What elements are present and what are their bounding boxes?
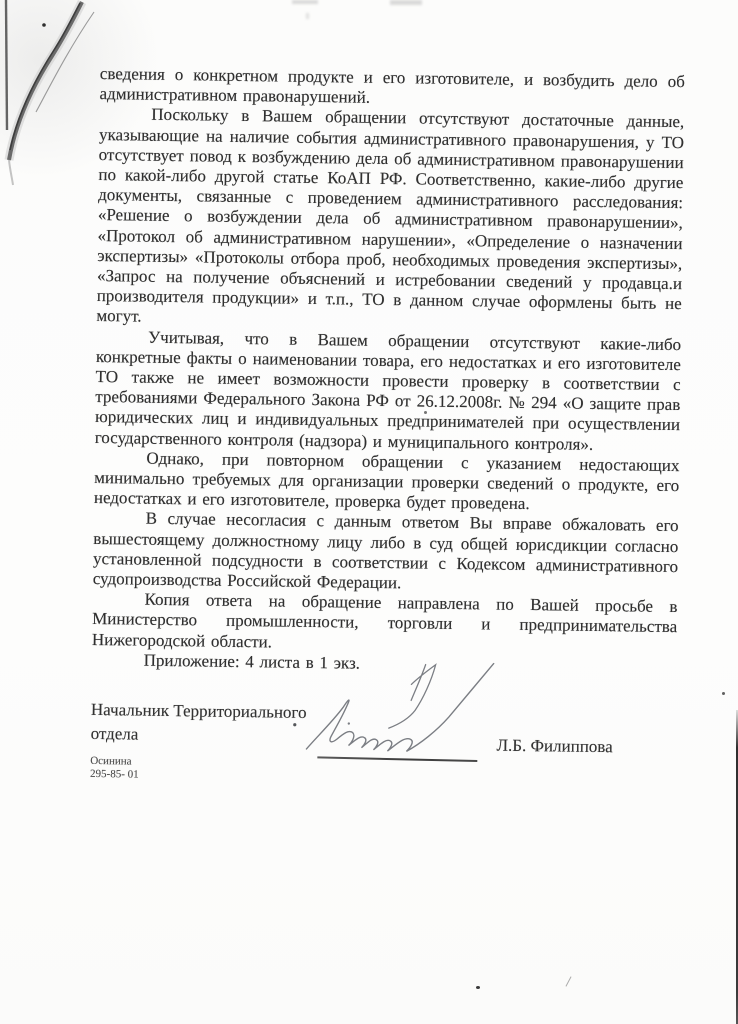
scan-smudge [292,0,318,4]
signer-name: Л.Б. Филиппова [496,736,612,758]
letter-body: сведения о конкретном продукте и его изг… [92,64,685,678]
scanned-document-page: сведения о конкретном продукте и его изг… [0,0,738,1024]
scan-speck [565,976,571,986]
scan-smudge [390,0,422,5]
scan-speck [476,986,480,989]
document-paragraph: Учитывая, что в Вашем обращении отсутств… [95,327,682,456]
executor-note: Осинина 295-85- 01 [90,755,139,782]
scan-smudge [306,13,309,19]
scan-speck [424,411,427,414]
document-paragraph: Поскольку в Вашем обращении отсутствуют … [96,104,684,334]
executor-phone: 295-85- 01 [90,768,139,782]
letter-content: сведения о конкретном продукте и его изг… [92,64,685,678]
document-paragraph: В случае несогласия с данным ответом Вы … [93,508,679,597]
handwritten-signature [286,653,512,766]
document-paragraph: Однако, при повторном обращении с указан… [94,448,680,517]
executor-name: Осинина [90,755,139,769]
scan-speck [722,692,725,695]
document-paragraph: Копия ответа на обращение направлена по … [92,589,678,658]
